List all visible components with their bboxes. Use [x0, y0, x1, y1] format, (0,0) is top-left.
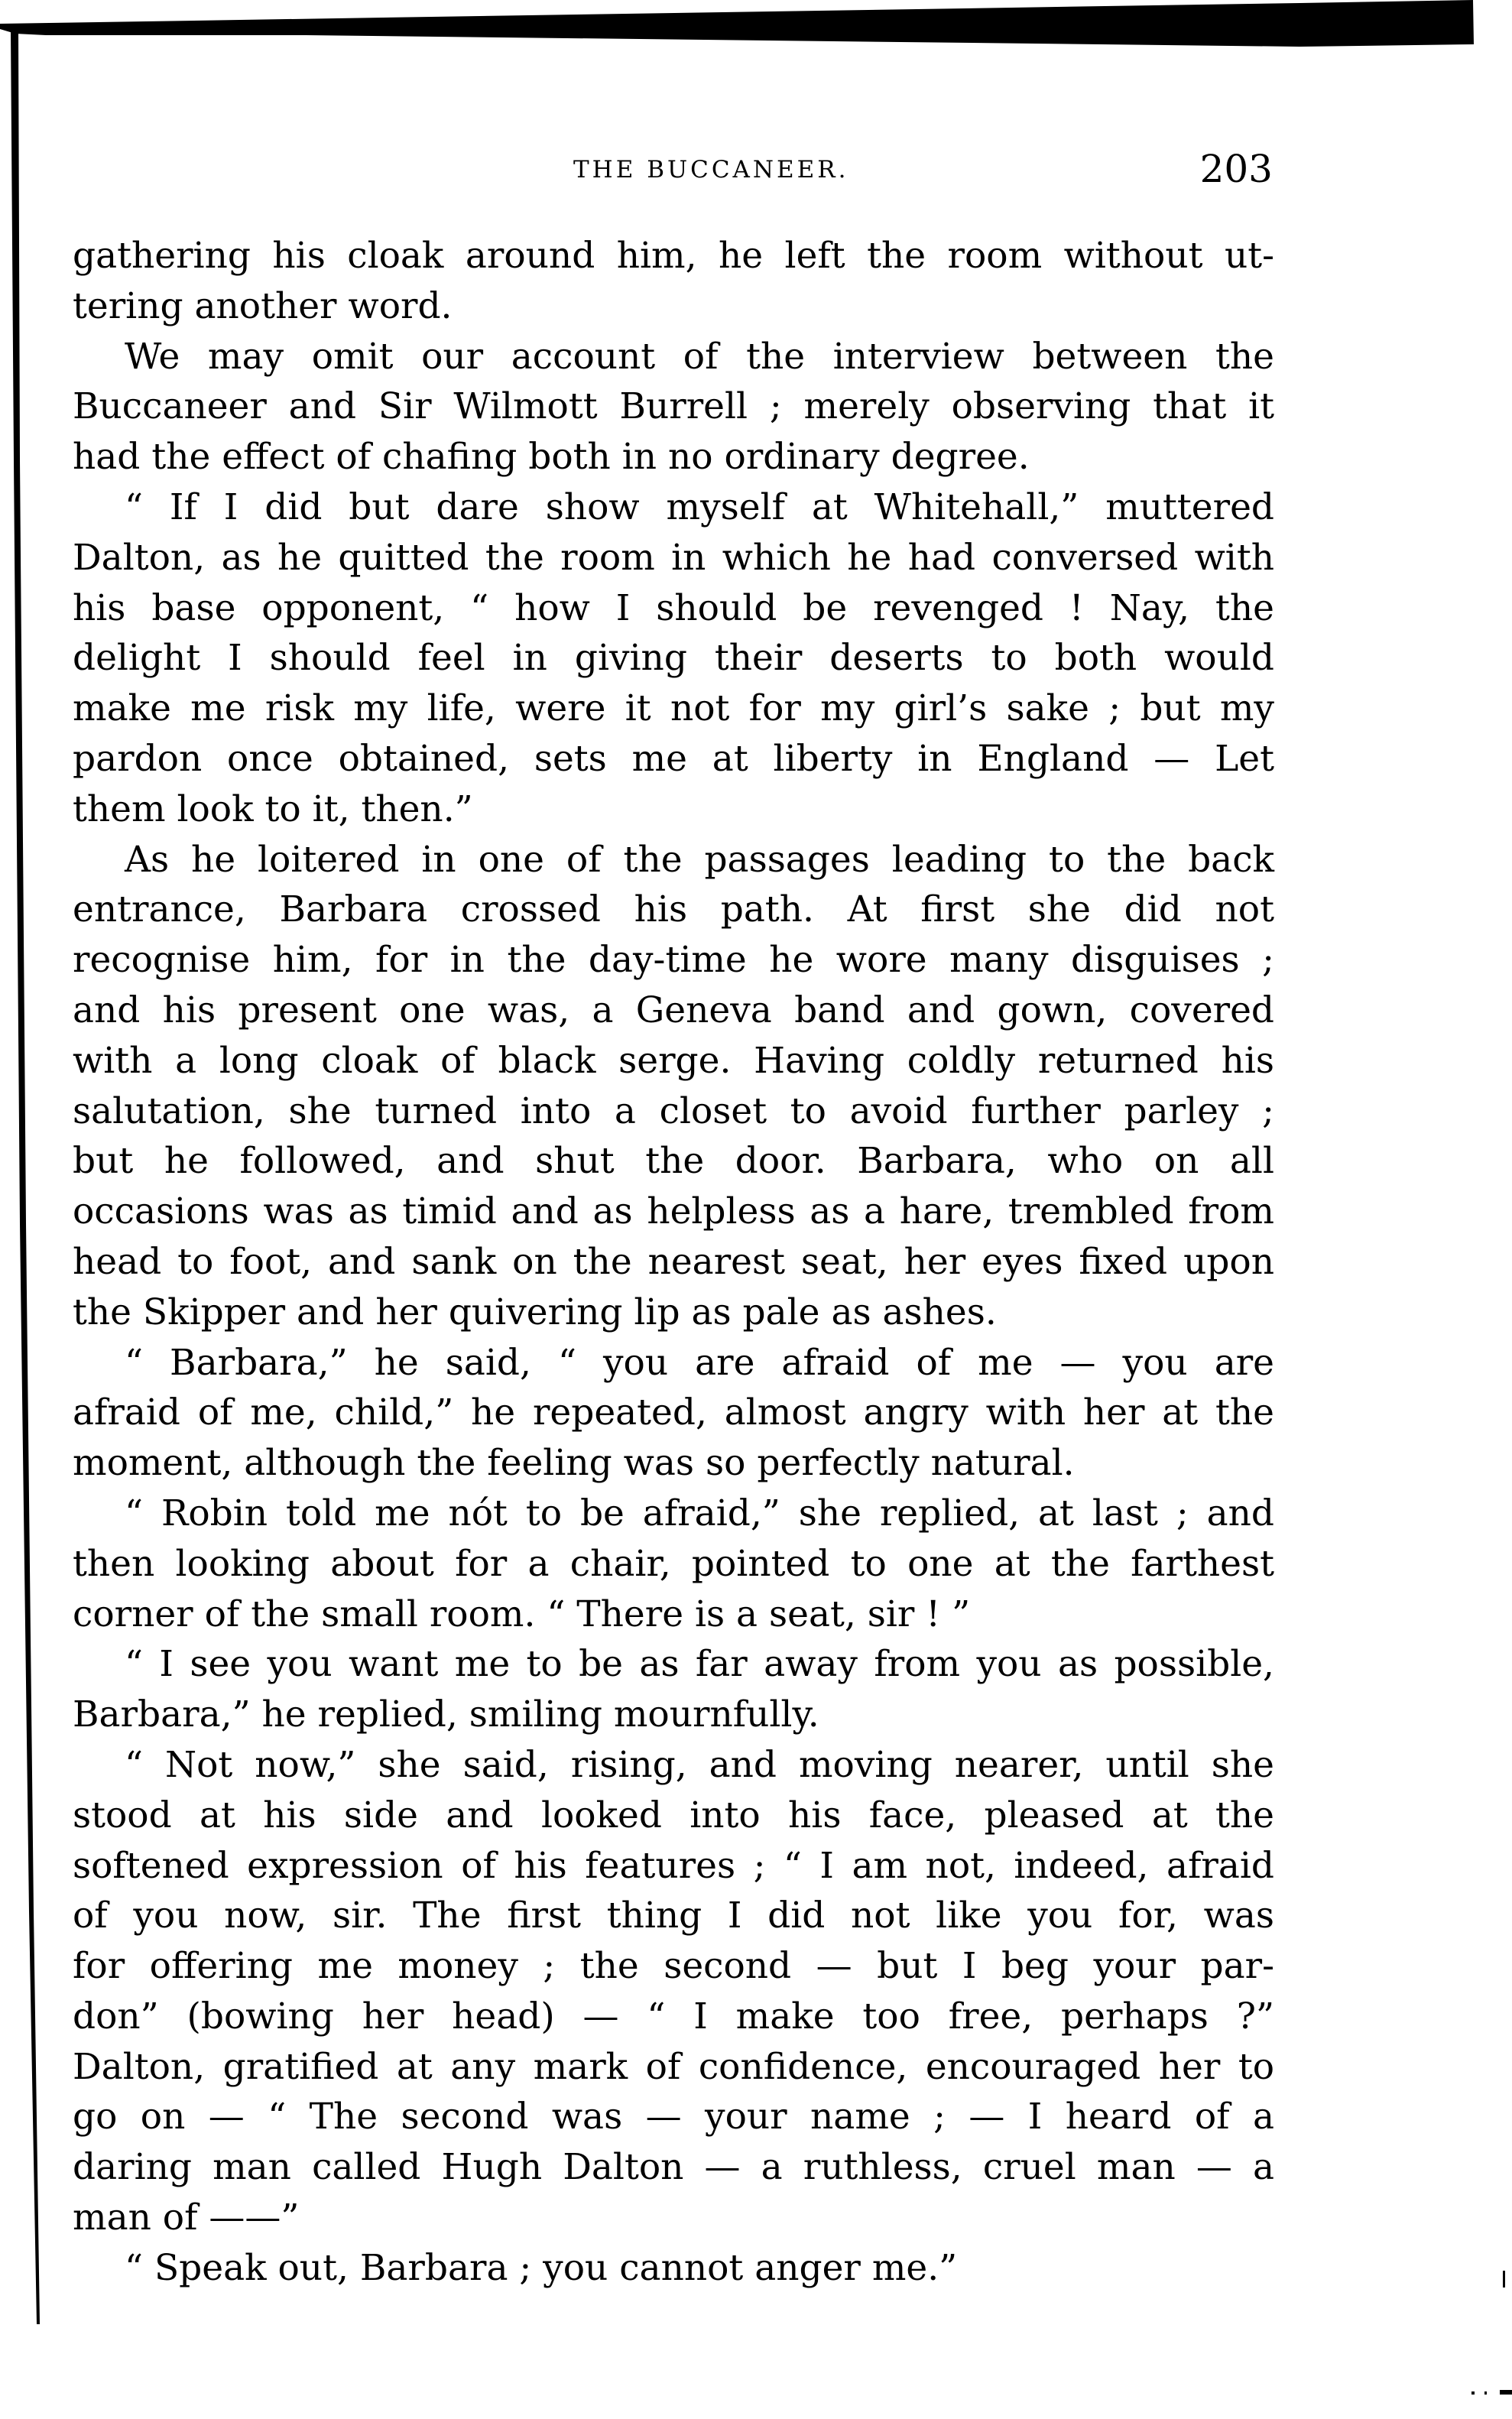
text-line: them look to it, then.” — [73, 784, 1274, 835]
text-line: had the effect of chafing both in no ord… — [73, 432, 1274, 482]
text-line: don” (bowing her head) — “ I make too fr… — [73, 1992, 1274, 2042]
text-line: Dalton, gratified at any mark of confide… — [73, 2042, 1274, 2093]
text-line: the Skipper and her quivering lip as pal… — [73, 1287, 1274, 1338]
text-line: daring man called Hugh Dalton — a ruthle… — [73, 2142, 1274, 2193]
text-line: recognise him, for in the day-time he wo… — [73, 935, 1274, 985]
text-line: with a long cloak of black serge. Having… — [73, 1036, 1274, 1086]
bottom-right-mark — [1500, 2390, 1512, 2395]
text-line: We may omit our account of the interview… — [73, 332, 1274, 382]
text-line: As he loitered in one of the passages le… — [73, 835, 1274, 885]
text-line: tering another word. — [73, 281, 1274, 332]
bottom-right-speck — [1484, 2391, 1487, 2395]
text-line: “ Not now,” she said, rising, and moving… — [73, 1740, 1274, 1791]
text-line: “ I see you want me to be as far away fr… — [73, 1639, 1274, 1690]
text-line: his base opponent, “ how I should be rev… — [73, 583, 1274, 634]
text-line: Buccaneer and Sir Wilmott Burrell ; mere… — [73, 382, 1274, 432]
text-line: go on — “ The second was — your name ; —… — [73, 2092, 1274, 2142]
top-border-bar — [0, 0, 1474, 47]
text-line: softened expression of his features ; “ … — [73, 1841, 1274, 1891]
text-line: and his present one was, a Geneva band a… — [73, 985, 1274, 1036]
text-line: gathering his cloak around him, he left … — [73, 231, 1274, 281]
text-line: stood at his side and looked into his fa… — [73, 1791, 1274, 1841]
text-line: but he followed, and shut the door. Barb… — [73, 1136, 1274, 1187]
left-border-line — [11, 29, 40, 2324]
text-line: moment, although the feeling was so perf… — [73, 1438, 1274, 1489]
text-line: “ If I did but dare show myself at White… — [73, 482, 1274, 533]
text-line: occasions was as timid and as helpless a… — [73, 1187, 1274, 1237]
text-line: salutation, she turned into a closet to … — [73, 1086, 1274, 1137]
text-line: head to foot, and sank on the nearest se… — [73, 1237, 1274, 1287]
text-line: delight I should feel in giving their de… — [73, 633, 1274, 683]
text-line: make me risk my life, were it not for my… — [73, 683, 1274, 734]
text-line: afraid of me, child,” he repeated, almos… — [73, 1388, 1274, 1438]
text-line: Dalton, as he quitted the room in which … — [73, 533, 1274, 583]
running-title: THE BUCCANEER. — [573, 156, 849, 183]
page-number: 203 — [1200, 147, 1273, 191]
text-line: then looking about for a chair, pointed … — [73, 1539, 1274, 1589]
text-line: “ Barbara,” he said, “ you are afraid of… — [73, 1338, 1274, 1388]
running-head: THE BUCCANEER. 203 — [73, 150, 1273, 196]
text-line: of you now, sir. The first thing I did n… — [73, 1891, 1274, 1941]
bottom-right-speck — [1471, 2391, 1475, 2395]
text-line: “ Speak out, Barbara ; you cannot anger … — [73, 2243, 1274, 2294]
text-line: entrance, Barbara crossed his path. At f… — [73, 885, 1274, 935]
text-line: Barbara,” he replied, smiling mournfully… — [73, 1690, 1274, 1740]
right-edge-mark — [1503, 2271, 1505, 2287]
text-line: pardon once obtained, sets me at liberty… — [73, 734, 1274, 784]
text-line: corner of the small room. “ There is a s… — [73, 1589, 1274, 1640]
text-line: man of ——” — [73, 2193, 1274, 2243]
body-text: gathering his cloak around him, he left … — [73, 231, 1274, 2294]
text-line: for offering me money ; the second — but… — [73, 1941, 1274, 1992]
text-line: “ Robin told me nót to be afraid,” she r… — [73, 1489, 1274, 1539]
